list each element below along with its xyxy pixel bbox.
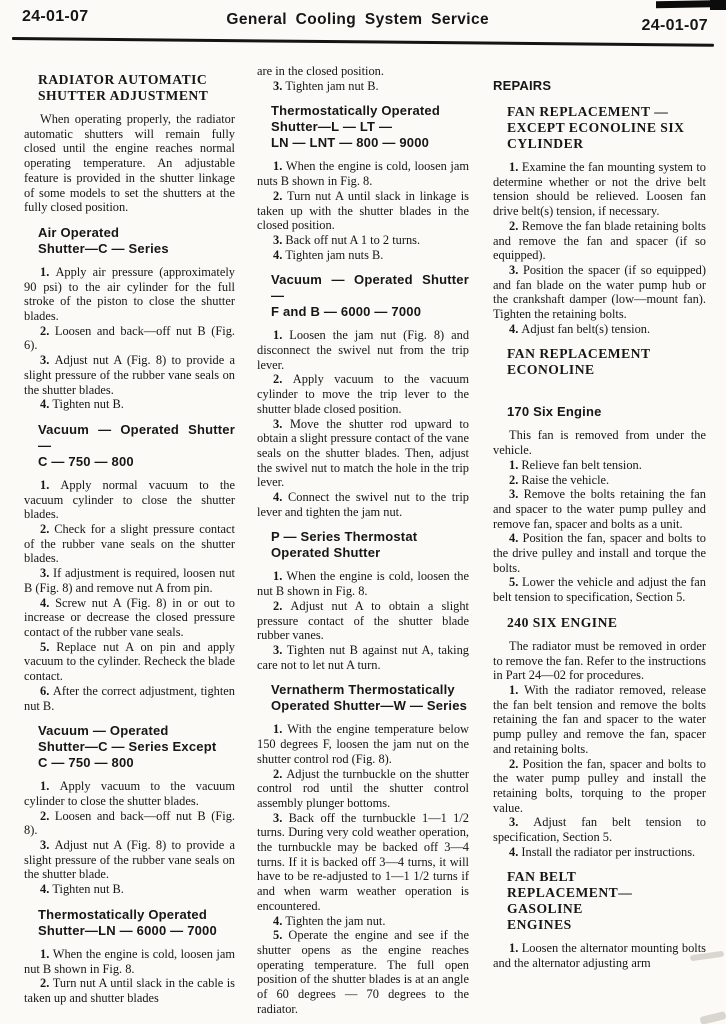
step-number: 1. [509,941,522,955]
procedure-step: 3. Tighten nut B against nut A, taking c… [257,643,469,672]
step-number: 1. [40,779,60,793]
procedure-step: 1. Loosen the jam nut (Fig. 8) and disco… [257,328,469,372]
section-heading: REPAIRS [493,78,706,94]
paragraph: The radiator must be removed in order to… [493,639,706,683]
step-number: 3. [40,353,55,367]
step-number: 3. [40,838,55,852]
page-code-right: 24-01-07 [642,17,708,35]
procedure-step: 1. When the engine is cold, loosen the n… [257,569,469,598]
step-number: 4. [509,531,523,545]
step-number: 4. [273,914,285,928]
text-column-middle: are in the closed position.3. Tighten ja… [257,62,469,1016]
procedure-step: 2. Apply vacuum to the vacuum cylinder t… [257,372,469,416]
procedure-step: 3. If adjustment is required, loosen nut… [24,566,235,595]
section-heading: FAN REPLACEMENT ECONOLINE [507,346,706,378]
text-column-left: RADIATOR AUTOMATIC SHUTTER ADJUSTMENTWhe… [24,62,235,1006]
procedure-step: 2. Remove the fan blade retaining bolts … [493,219,706,263]
step-number: 1. [509,458,521,472]
step-number: 6. [40,684,53,698]
procedure-step: 4. Tighten jam nuts B. [257,248,469,263]
section-heading: Air Operated Shutter—C — Series [38,225,235,257]
procedure-step: 5. Replace nut A on pin and apply vacuum… [24,640,235,684]
section-heading: FAN REPLACEMENT — EXCEPT ECONOLINE SIX C… [507,104,706,152]
step-number: 2. [40,522,54,536]
step-number: 4. [40,882,52,896]
step-number: 3. [509,263,523,277]
section-heading: Thermostatically Operated Shutter—LN — 6… [38,907,235,939]
step-number: 2. [509,219,522,233]
step-number: 3. [273,417,290,431]
page-title: General Cooling System Service [226,11,489,29]
section-heading: 170 Six Engine [507,404,706,420]
procedure-step: 4. Adjust fan belt(s) tension. [493,322,706,337]
procedure-step: 2. Adjust the turnbuckle on the shutter … [257,767,469,811]
section-heading: 240 SIX ENGINE [507,615,706,631]
step-number: 2. [273,372,293,386]
step-number: 3. [509,487,524,501]
paragraph: are in the closed position. [257,64,469,79]
procedure-step: 3. Position the spacer (if so equipped) … [493,263,706,322]
section-heading: Vacuum — Operated Shutter — C — 750 — 80… [38,422,235,470]
step-number: 2. [273,767,286,781]
procedure-step: 3. Back off the turnbuckle 1—1 1/2 turns… [257,811,469,914]
procedure-step: 1. With the engine temperature below 150… [257,722,469,766]
step-number: 2. [40,809,55,823]
step-number: 5. [509,575,522,589]
scan-smudge [699,1011,726,1024]
page-code-left: 24-01-07 [22,8,88,26]
procedure-step: 4. Tighten nut B. [24,882,235,897]
step-number: 4. [509,845,521,859]
procedure-step: 3. Move the shutter rod upward to obtain… [257,417,469,491]
step-number: 1. [509,160,522,174]
step-number: 1. [509,683,524,697]
manual-page: 24-01-07 General Cooling System Service … [0,0,726,1024]
procedure-step: 2. Position the fan, spacer and bolts to… [493,757,706,816]
step-number: 3. [273,233,285,247]
procedure-step: 2. Loosen and back—off nut B (Fig. 6). [24,324,235,353]
step-number: 4. [40,596,55,610]
procedure-step: 2. Check for a slight pressure contact o… [24,522,235,566]
procedure-step: 5. Lower the vehicle and adjust the fan … [493,575,706,604]
step-number: 4. [273,248,285,262]
procedure-step: 3. Remove the bolts retaining the fan an… [493,487,706,531]
procedure-step: 3. Adjust nut A (Fig. 8) to provide a sl… [24,353,235,397]
step-number: 3. [273,811,289,825]
step-number: 4. [509,322,521,336]
procedure-step: 3. Adjust fan belt tension to specificat… [493,815,706,844]
step-number: 1. [40,478,60,492]
step-number: 4. [40,397,52,411]
procedure-step: 4. Tighten nut B. [24,397,235,412]
step-number: 2. [509,757,523,771]
header-rule [12,37,714,47]
step-number: 1. [273,328,289,342]
procedure-step: 1. Examine the fan mounting system to de… [493,160,706,219]
paragraph: This fan is removed from under the vehic… [493,428,706,457]
step-number: 1. [273,722,287,736]
procedure-step: 3. Back off nut A 1 to 2 turns. [257,233,469,248]
scan-artifact-corner [710,0,726,10]
procedure-step: 5. Operate the engine and see if the shu… [257,928,469,1016]
section-heading: RADIATOR AUTOMATIC SHUTTER ADJUSTMENT [38,72,235,104]
step-number: 1. [40,947,53,961]
step-number: 3. [509,815,533,829]
step-number: 2. [273,599,290,613]
procedure-step: 6. After the correct adjustment, tighten… [24,684,235,713]
procedure-step: 4. Screw nut A (Fig. 8) in or out to inc… [24,596,235,640]
procedure-step: 1. Apply normal vacuum to the vacuum cyl… [24,478,235,522]
step-number: 1. [273,569,286,583]
paragraph: When operating properly, the radiator au… [24,112,235,215]
procedure-step: 2. Turn nut A until slack in the cable i… [24,976,235,1005]
step-number: 5. [273,928,288,942]
step-number: 2. [40,976,53,990]
step-number: 3. [273,79,285,93]
section-heading: Vernatherm Thermostatically Operated Shu… [271,682,469,714]
section-heading: Vacuum — Operated Shutter—C — Series Exc… [38,723,235,771]
procedure-step: 1. Relieve fan belt tension. [493,458,706,473]
procedure-step: 4. Connect the swivel nut to the trip le… [257,490,469,519]
procedure-step: 1. When the engine is cold, loosen jam n… [24,947,235,976]
procedure-step: 4. Tighten the jam nut. [257,914,469,929]
procedure-step: 3. Tighten jam nut B. [257,79,469,94]
procedure-step: 1. Apply air pressure (approximately 90 … [24,265,235,324]
step-number: 2. [273,189,287,203]
section-heading: Thermostatically Operated Shutter—L — LT… [271,103,469,151]
step-number: 2. [509,473,521,487]
procedure-step: 2. Turn nut A until slack in linkage is … [257,189,469,233]
procedure-step: 1. Apply vacuum to the vacuum cylinder t… [24,779,235,808]
step-number: 1. [273,159,286,173]
section-heading: P — Series Thermostat Operated Shutter [271,529,469,561]
step-number: 2. [40,324,55,338]
text-column-right: REPAIRSFAN REPLACEMENT — EXCEPT ECONOLIN… [493,62,706,971]
procedure-step: 2. Loosen and back—off nut B (Fig. 8). [24,809,235,838]
procedure-step: 4. Install the radiator per instructions… [493,845,706,860]
section-heading: Vacuum — Operated Shutter — F and B — 60… [271,272,469,320]
procedure-step: 2. Adjust nut A to obtain a slight press… [257,599,469,643]
step-number: 5. [40,640,56,654]
step-number: 1. [40,265,55,279]
section-heading: FAN BELT REPLACEMENT—GASOLINE ENGINES [507,869,706,933]
procedure-step: 3. Adjust nut A (Fig. 8) to provide a sl… [24,838,235,882]
step-number: 3. [40,566,53,580]
step-number: 3. [273,643,287,657]
procedure-step: 1. Loosen the alternator mounting bolts … [493,941,706,970]
procedure-step: 2. Raise the vehicle. [493,473,706,488]
procedure-step: 1. With the radiator removed, release th… [493,683,706,757]
procedure-step: 1. When the engine is cold, loosen jam n… [257,159,469,188]
procedure-step: 4. Position the fan, spacer and bolts to… [493,531,706,575]
step-number: 4. [273,490,288,504]
